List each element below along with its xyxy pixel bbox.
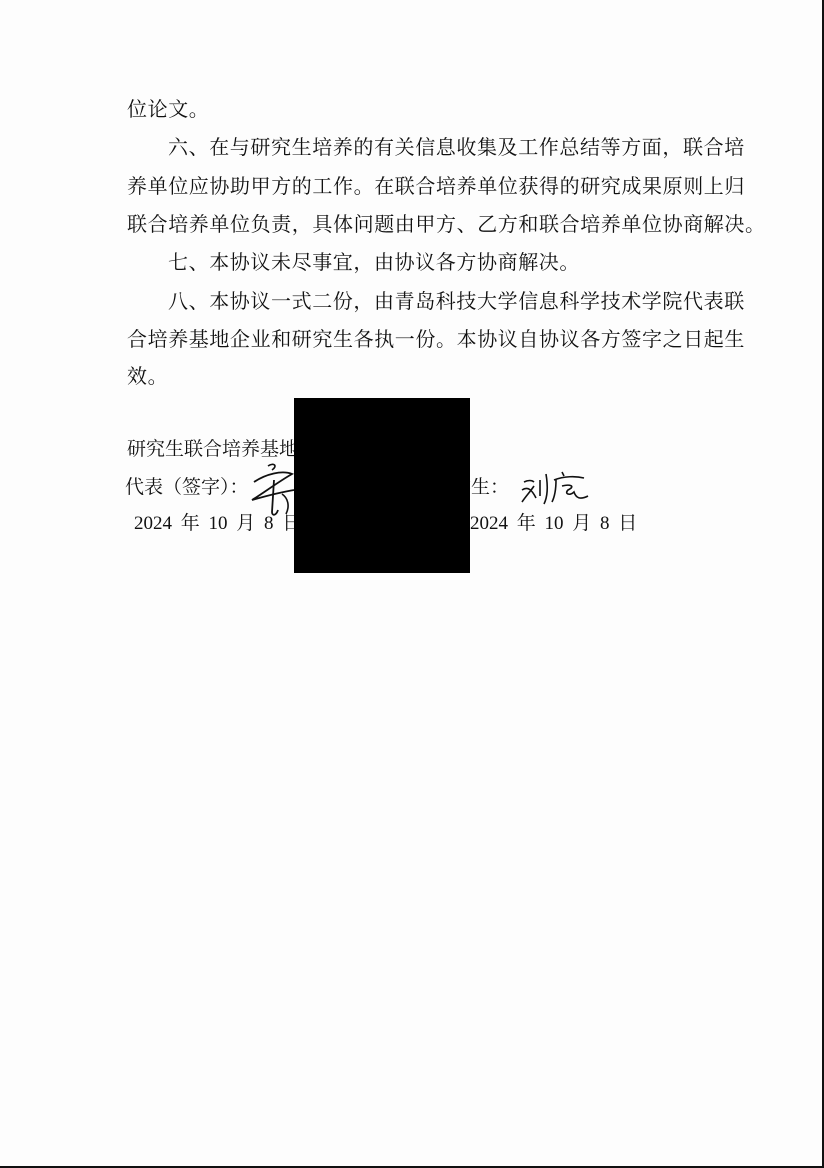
redaction-box xyxy=(294,398,470,573)
representative-date: 2024 年 10 月 8 日 xyxy=(134,512,301,536)
clause-eight-line-2: 合培养基地企业和研究生各执一份。本协议自协议各方签字之日起生 xyxy=(127,327,745,351)
student-date: 2024 年 10 月 8 日 xyxy=(470,512,637,536)
clause-eight-line-3: 效。 xyxy=(127,364,168,388)
representative-signature-icon xyxy=(248,460,298,520)
representative-label: 代表（签字）： xyxy=(125,475,249,499)
student-signature-icon xyxy=(518,468,592,508)
clause-seven: 七、本协议未尽事宜，由协议各方协商解决。 xyxy=(168,250,580,274)
base-label: 研究生联合培养基地 xyxy=(127,437,298,461)
clause-six-line-1: 六、在与研究生培养的有关信息收集及工作总结等方面，联合培 xyxy=(168,135,745,159)
clause-six-line-3: 联合培养单位负责，具体问题由甲方、乙方和联合培养单位协商解决。 xyxy=(127,212,766,236)
clause-six-line-2: 养单位应协助甲方的工作。在联合培养单位获得的研究成果原则上归 xyxy=(127,174,745,198)
clause-eight-line-1: 八、本协议一式二份，由青岛科技大学信息科学技术学院代表联 xyxy=(168,289,745,313)
body-line-1: 位论文。 xyxy=(127,97,209,121)
